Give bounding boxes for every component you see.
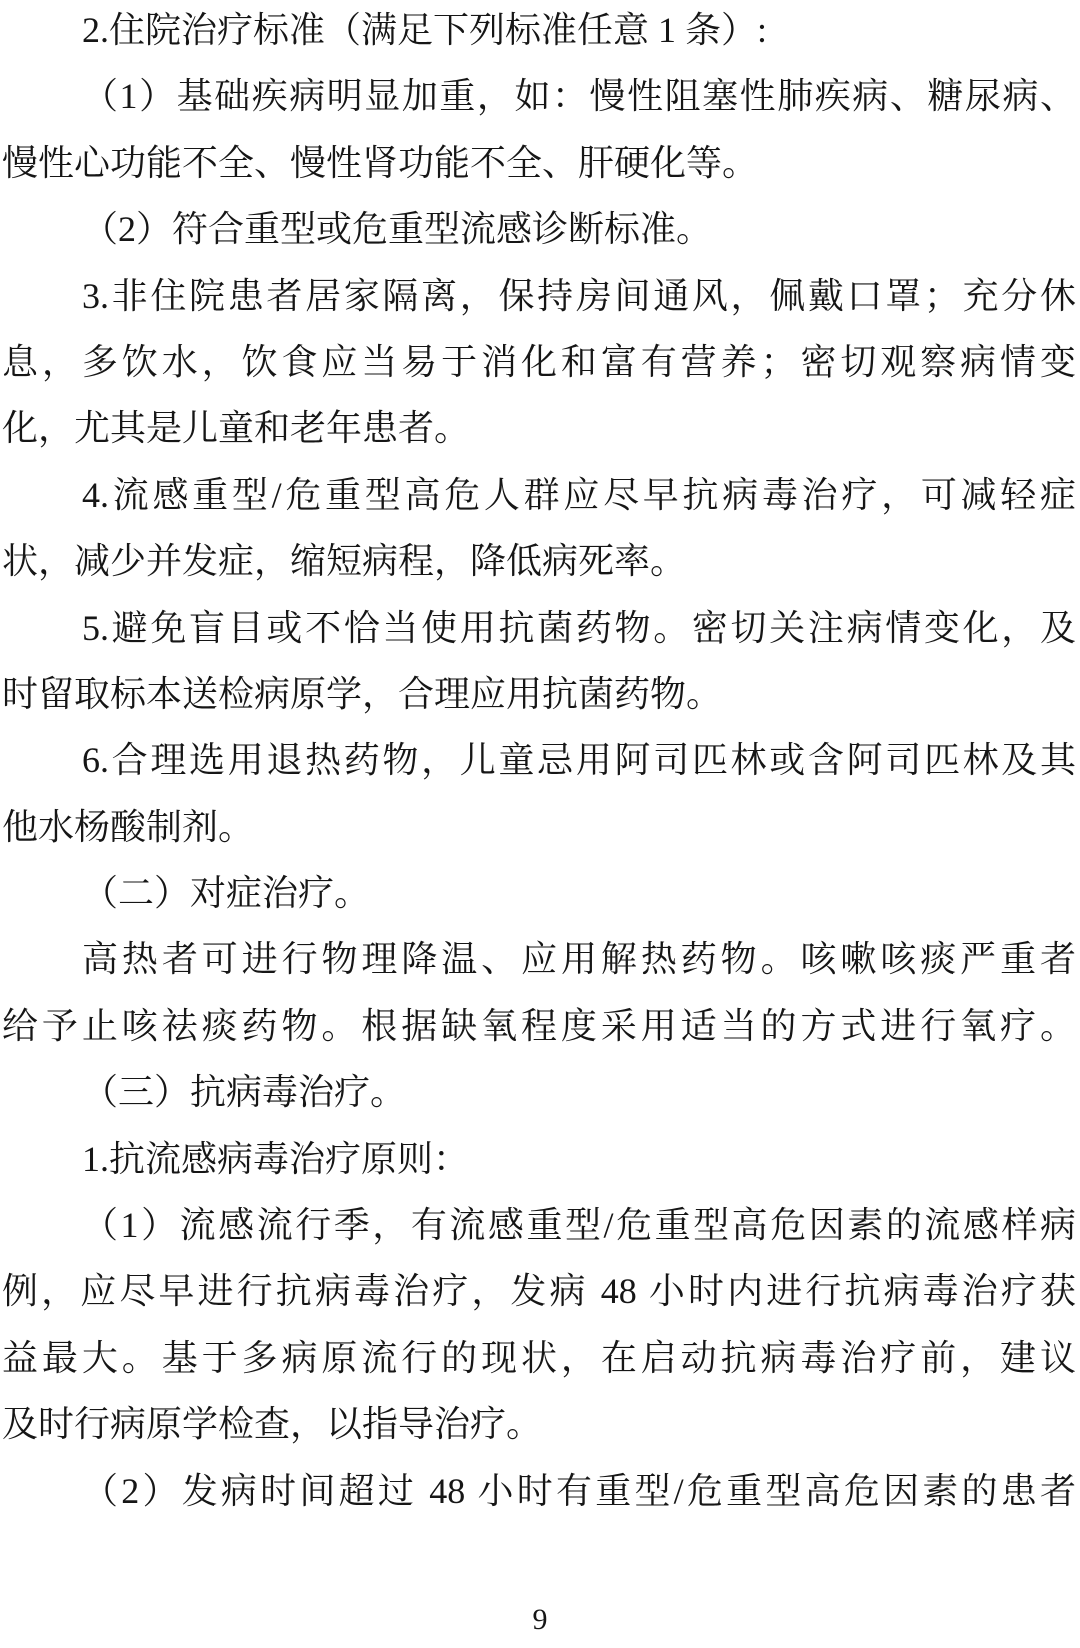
text-line: 给予止咳祛痰药物。根据缺氧程度采用适当的方式进行氧疗。 (2, 993, 1076, 1059)
text-line: 慢性心功能不全、慢性肾功能不全、肝硬化等。 (2, 130, 1076, 196)
document-body: 2.住院治疗标准（满足下列标准任意 1 条）:（1）基础疾病明显加重，如：慢性阻… (2, 0, 1076, 1524)
text-line: 状，减少并发症，缩短病程，降低病死率。 (2, 528, 1076, 594)
text-line: 6.合理选用退热药物，儿童忌用阿司匹林或含阿司匹林及其 (2, 727, 1076, 793)
text-line: 1.抗流感病毒治疗原则： (2, 1126, 1076, 1192)
text-line: 息，多饮水，饮食应当易于消化和富有营养；密切观察病情变 (2, 329, 1076, 395)
text-line: （1）基础疾病明显加重，如：慢性阻塞性肺疾病、糖尿病、 (2, 63, 1076, 129)
document-page: 2.住院治疗标准（满足下列标准任意 1 条）:（1）基础疾病明显加重，如：慢性阻… (0, 0, 1080, 1648)
text-line: （三）抗病毒治疗。 (2, 1059, 1076, 1125)
text-line: （2）符合重型或危重型流感诊断标准。 (2, 196, 1076, 262)
page-number: 9 (533, 1603, 548, 1636)
text-line: 4.流感重型/危重型高危人群应尽早抗病毒治疗，可减轻症 (2, 462, 1076, 528)
text-line: 化，尤其是儿童和老年患者。 (2, 395, 1076, 461)
text-line: 2.住院治疗标准（满足下列标准任意 1 条）: (2, 0, 1076, 63)
text-line: 时留取标本送检病原学，合理应用抗菌药物。 (2, 661, 1076, 727)
text-line: 例，应尽早进行抗病毒治疗，发病 48 小时内进行抗病毒治疗获 (2, 1258, 1076, 1324)
text-line: 5.避免盲目或不恰当使用抗菌药物。密切关注病情变化，及 (2, 595, 1076, 661)
text-line: 3.非住院患者居家隔离，保持房间通风，佩戴口罩；充分休 (2, 263, 1076, 329)
text-line: 高热者可进行物理降温、应用解热药物。咳嗽咳痰严重者 (2, 926, 1076, 992)
text-line: （二）对症治疗。 (2, 860, 1076, 926)
page-footer: 9 (0, 1600, 1080, 1640)
text-line: 他水杨酸制剂。 (2, 794, 1076, 860)
text-line: 及时行病原学检查，以指导治疗。 (2, 1391, 1076, 1457)
text-line: （1）流感流行季，有流感重型/危重型高危因素的流感样病 (2, 1192, 1076, 1258)
text-line: 益最大。基于多病原流行的现状，在启动抗病毒治疗前，建议 (2, 1325, 1076, 1391)
text-line: （2）发病时间超过 48 小时有重型/危重型高危因素的患者 (2, 1458, 1076, 1524)
